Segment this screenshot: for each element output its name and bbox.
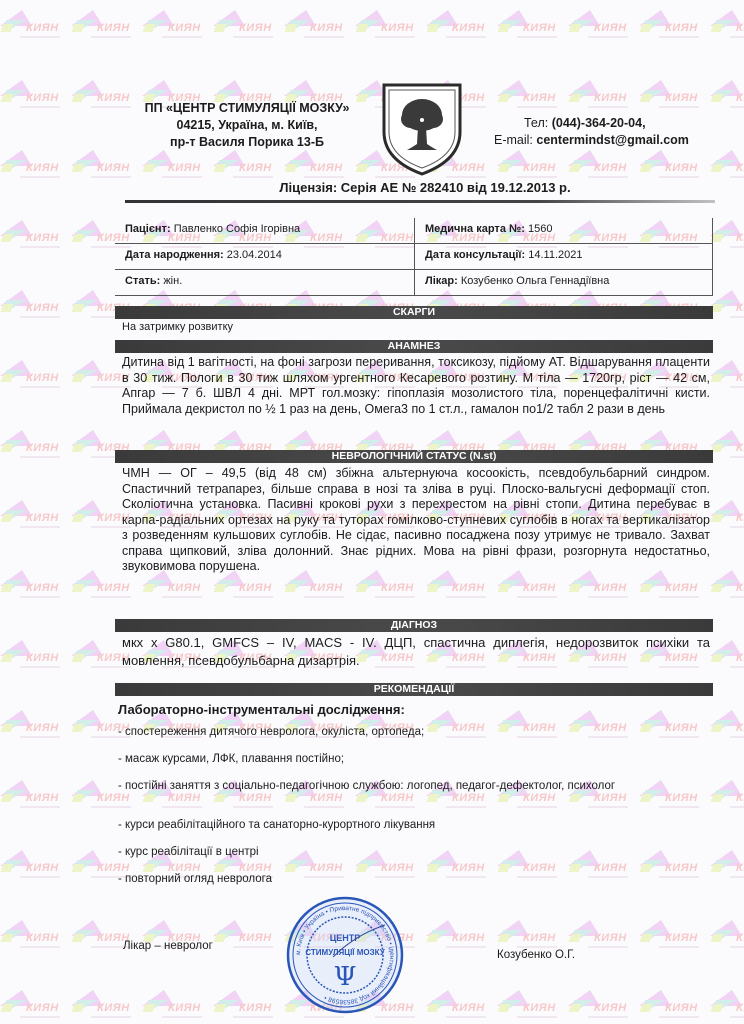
- org-address-line2: пр-т Василя Порика 13-Б: [122, 134, 372, 151]
- info-row: Пацієнт: Павленко Софія Ігорівна Медична…: [115, 218, 713, 244]
- tree-shield-icon: [381, 82, 463, 177]
- header-divider: [125, 200, 715, 203]
- card-value: 1560: [528, 223, 552, 235]
- license-line: Ліцензія: Серія АЕ № 282410 від 19.12.20…: [240, 180, 610, 195]
- card-label: Медична карта №:: [425, 223, 525, 235]
- patient-label: Пацієнт:: [125, 223, 171, 235]
- info-row: Дата народження: 23.04.2014 Дата консуль…: [115, 244, 713, 270]
- patient-cell: Пацієнт: Павленко Софія Ігорівна: [115, 218, 414, 244]
- dob-value: 23.04.2014: [227, 249, 282, 261]
- recommendation-item: - масаж курсами, ЛФК, плавання постійно;: [118, 752, 718, 767]
- neuro-status-header: НЕВРОЛОГІЧНИЙ СТАТУС (N.st): [115, 450, 713, 463]
- recommendation-item: - спостереження дитячого невролога, окул…: [118, 725, 718, 740]
- consult-label: Дата консультації:: [425, 249, 525, 261]
- signature-role: Лікар – невролог: [123, 940, 213, 952]
- phone-label: Тел:: [524, 116, 548, 130]
- anamnesis-text: Дитина від 1 вагітності, на фоні загрози…: [122, 355, 710, 417]
- neuro-status-text: ЧМН — ОГ – 49,5 (від 48 см) збіжна альте…: [122, 466, 710, 575]
- diagnosis-text: мкх х G80.1, GMFCS – IV, MACS - IV. ДЦП,…: [122, 634, 710, 670]
- email-value[interactable]: centermindst@gmail.com: [536, 133, 689, 147]
- org-block: ПП «ЦЕНТР СТИМУЛЯЦІЇ МОЗКУ» 04215, Украї…: [122, 100, 372, 151]
- card-cell: Медична карта №: 1560: [414, 218, 713, 244]
- patient-value: Павленко Софія Ігорівна: [174, 223, 300, 235]
- email-line: E-mail: centermindst@gmail.com: [494, 132, 689, 149]
- doctor-value: Козубенко Ольга Геннадіївна: [461, 275, 610, 287]
- info-row: Стать: жін. Лікар: Козубенко Ольга Генна…: [115, 270, 713, 296]
- consult-cell: Дата консультації: 14.11.2021: [414, 244, 713, 270]
- svg-text:СТИМУЛЯЦІЇ МОЗКУ: СТИМУЛЯЦІЇ МОЗКУ: [305, 948, 385, 957]
- phone-line: Тел: (044)-364-20-04,: [494, 115, 689, 132]
- email-label: E-mail:: [494, 133, 533, 147]
- consult-value: 14.11.2021: [528, 249, 582, 261]
- sex-label: Стать:: [125, 275, 160, 287]
- medical-report-page: ПП «ЦЕНТР СТИМУЛЯЦІЇ МОЗКУ» 04215, Украї…: [0, 0, 744, 1024]
- dob-label: Дата народження:: [125, 249, 224, 261]
- anamnesis-header: АНАМНЕЗ: [115, 340, 713, 353]
- svg-text:ЦЕНТР: ЦЕНТР: [330, 933, 361, 943]
- recommendation-item: - повторний огляд невролога: [118, 872, 718, 887]
- org-name: ПП «ЦЕНТР СТИМУЛЯЦІЇ МОЗКУ»: [122, 100, 372, 117]
- svg-text:Ψ: Ψ: [334, 962, 357, 992]
- complaints-text: На затримку розвитку: [122, 320, 710, 336]
- recommendations-heading: Лабораторно-інструментальні дослідження:: [118, 702, 718, 717]
- recommendations-list: Лабораторно-інструментальні дослідження:…: [118, 702, 718, 899]
- dob-cell: Дата народження: 23.04.2014: [115, 244, 414, 270]
- doctor-label: Лікар:: [425, 275, 458, 287]
- recommendation-item: - курс реабілітації в центрі: [118, 845, 718, 860]
- org-address-line1: 04215, Україна, м. Київ,: [122, 117, 372, 134]
- round-stamp-icon: м. Київ • Україна • Приватне підприємств…: [285, 895, 405, 1015]
- sex-cell: Стать: жін.: [115, 270, 414, 296]
- signature-name: Козубенко О.Г.: [497, 949, 575, 961]
- recommendation-item: - курси реабілітаційного та санаторно-ку…: [118, 818, 718, 833]
- phone-value: (044)-364-20-04,: [552, 116, 646, 130]
- contacts-block: Тел: (044)-364-20-04, E-mail: centermind…: [494, 115, 689, 149]
- recommendations-header: РЕКОМЕНДАЦІЇ: [115, 683, 713, 696]
- sex-value: жін.: [163, 275, 182, 287]
- complaints-header: СКАРГИ: [115, 306, 713, 319]
- diagnosis-header: ДІАГНОЗ: [115, 619, 713, 632]
- recommendation-item: - постійні заняття з соціально-педагогіч…: [118, 779, 718, 794]
- doctor-cell: Лікар: Козубенко Ольга Геннадіївна: [414, 270, 713, 296]
- patient-info-table: Пацієнт: Павленко Софія Ігорівна Медична…: [115, 218, 713, 296]
